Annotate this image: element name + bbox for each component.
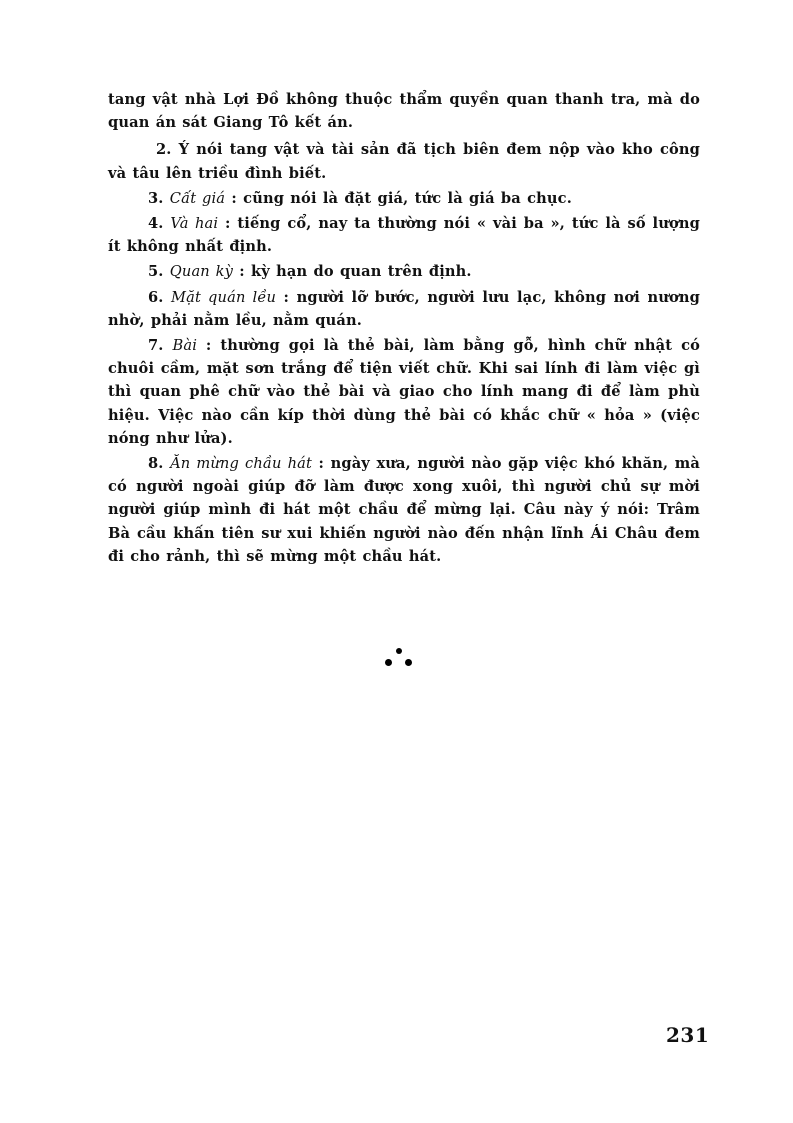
note-number: 8. [148,455,164,472]
ornament-dot [405,659,412,666]
ornament-dot [385,659,392,666]
note-term: Bài [172,337,197,354]
note-5: 5. Quan kỳ : kỳ hạn do quan trên định. [108,260,700,283]
note-8: 8. Ăn mừng chầu hát : ngày xưa, người nà… [108,452,700,568]
note-number: 2. [156,141,172,158]
note-number: 4. [148,215,164,232]
note-text: kỳ hạn do quan trên định. [251,263,472,280]
note-number: 3. [148,190,164,207]
note-separator: : [218,215,237,232]
note-number: 6. [148,289,164,306]
note-term: Quan kỳ [170,263,233,280]
footnotes-page: tang vật nhà Lợi Đồ không thuộc thẩm quy… [108,88,700,570]
note-3: 3. Cất giá : cũng nói là đặt giá, tức là… [108,187,700,210]
note-separator: : [233,263,251,280]
ornament-dot [396,648,402,654]
note-text: Ý nói tang vật và tài sản đã tịch biên đ… [108,141,700,181]
asterism-ornament-icon [382,645,418,673]
note-term: Cất giá [170,190,225,207]
note-6: 6. Mặt quán lều : người lỡ bước, người l… [108,286,700,332]
page-number: 231 [666,1023,709,1047]
note-text: cũng nói là đặt giá, tức là giá ba chục. [243,190,572,207]
note-term: Ăn mừng chầu hát [170,455,312,472]
note-number: 5. [148,263,164,280]
note-separator: : [225,190,243,207]
note-2: 2. Ý nói tang vật và tài sản đã tịch biê… [108,138,700,184]
note-7: 7. Bài : thường gọi là thẻ bài, làm bằng… [108,334,700,450]
note-separator: : [197,337,220,354]
note-term: Và hai [170,215,218,232]
note-term: Mặt quán lều [171,289,276,306]
note-4: 4. Và hai : tiếng cổ, nay ta thường nói … [108,212,700,258]
note-separator: : [276,289,297,306]
continuation-paragraph: tang vật nhà Lợi Đồ không thuộc thẩm quy… [108,88,700,134]
note-separator: : [312,455,331,472]
note-number: 7. [148,337,164,354]
